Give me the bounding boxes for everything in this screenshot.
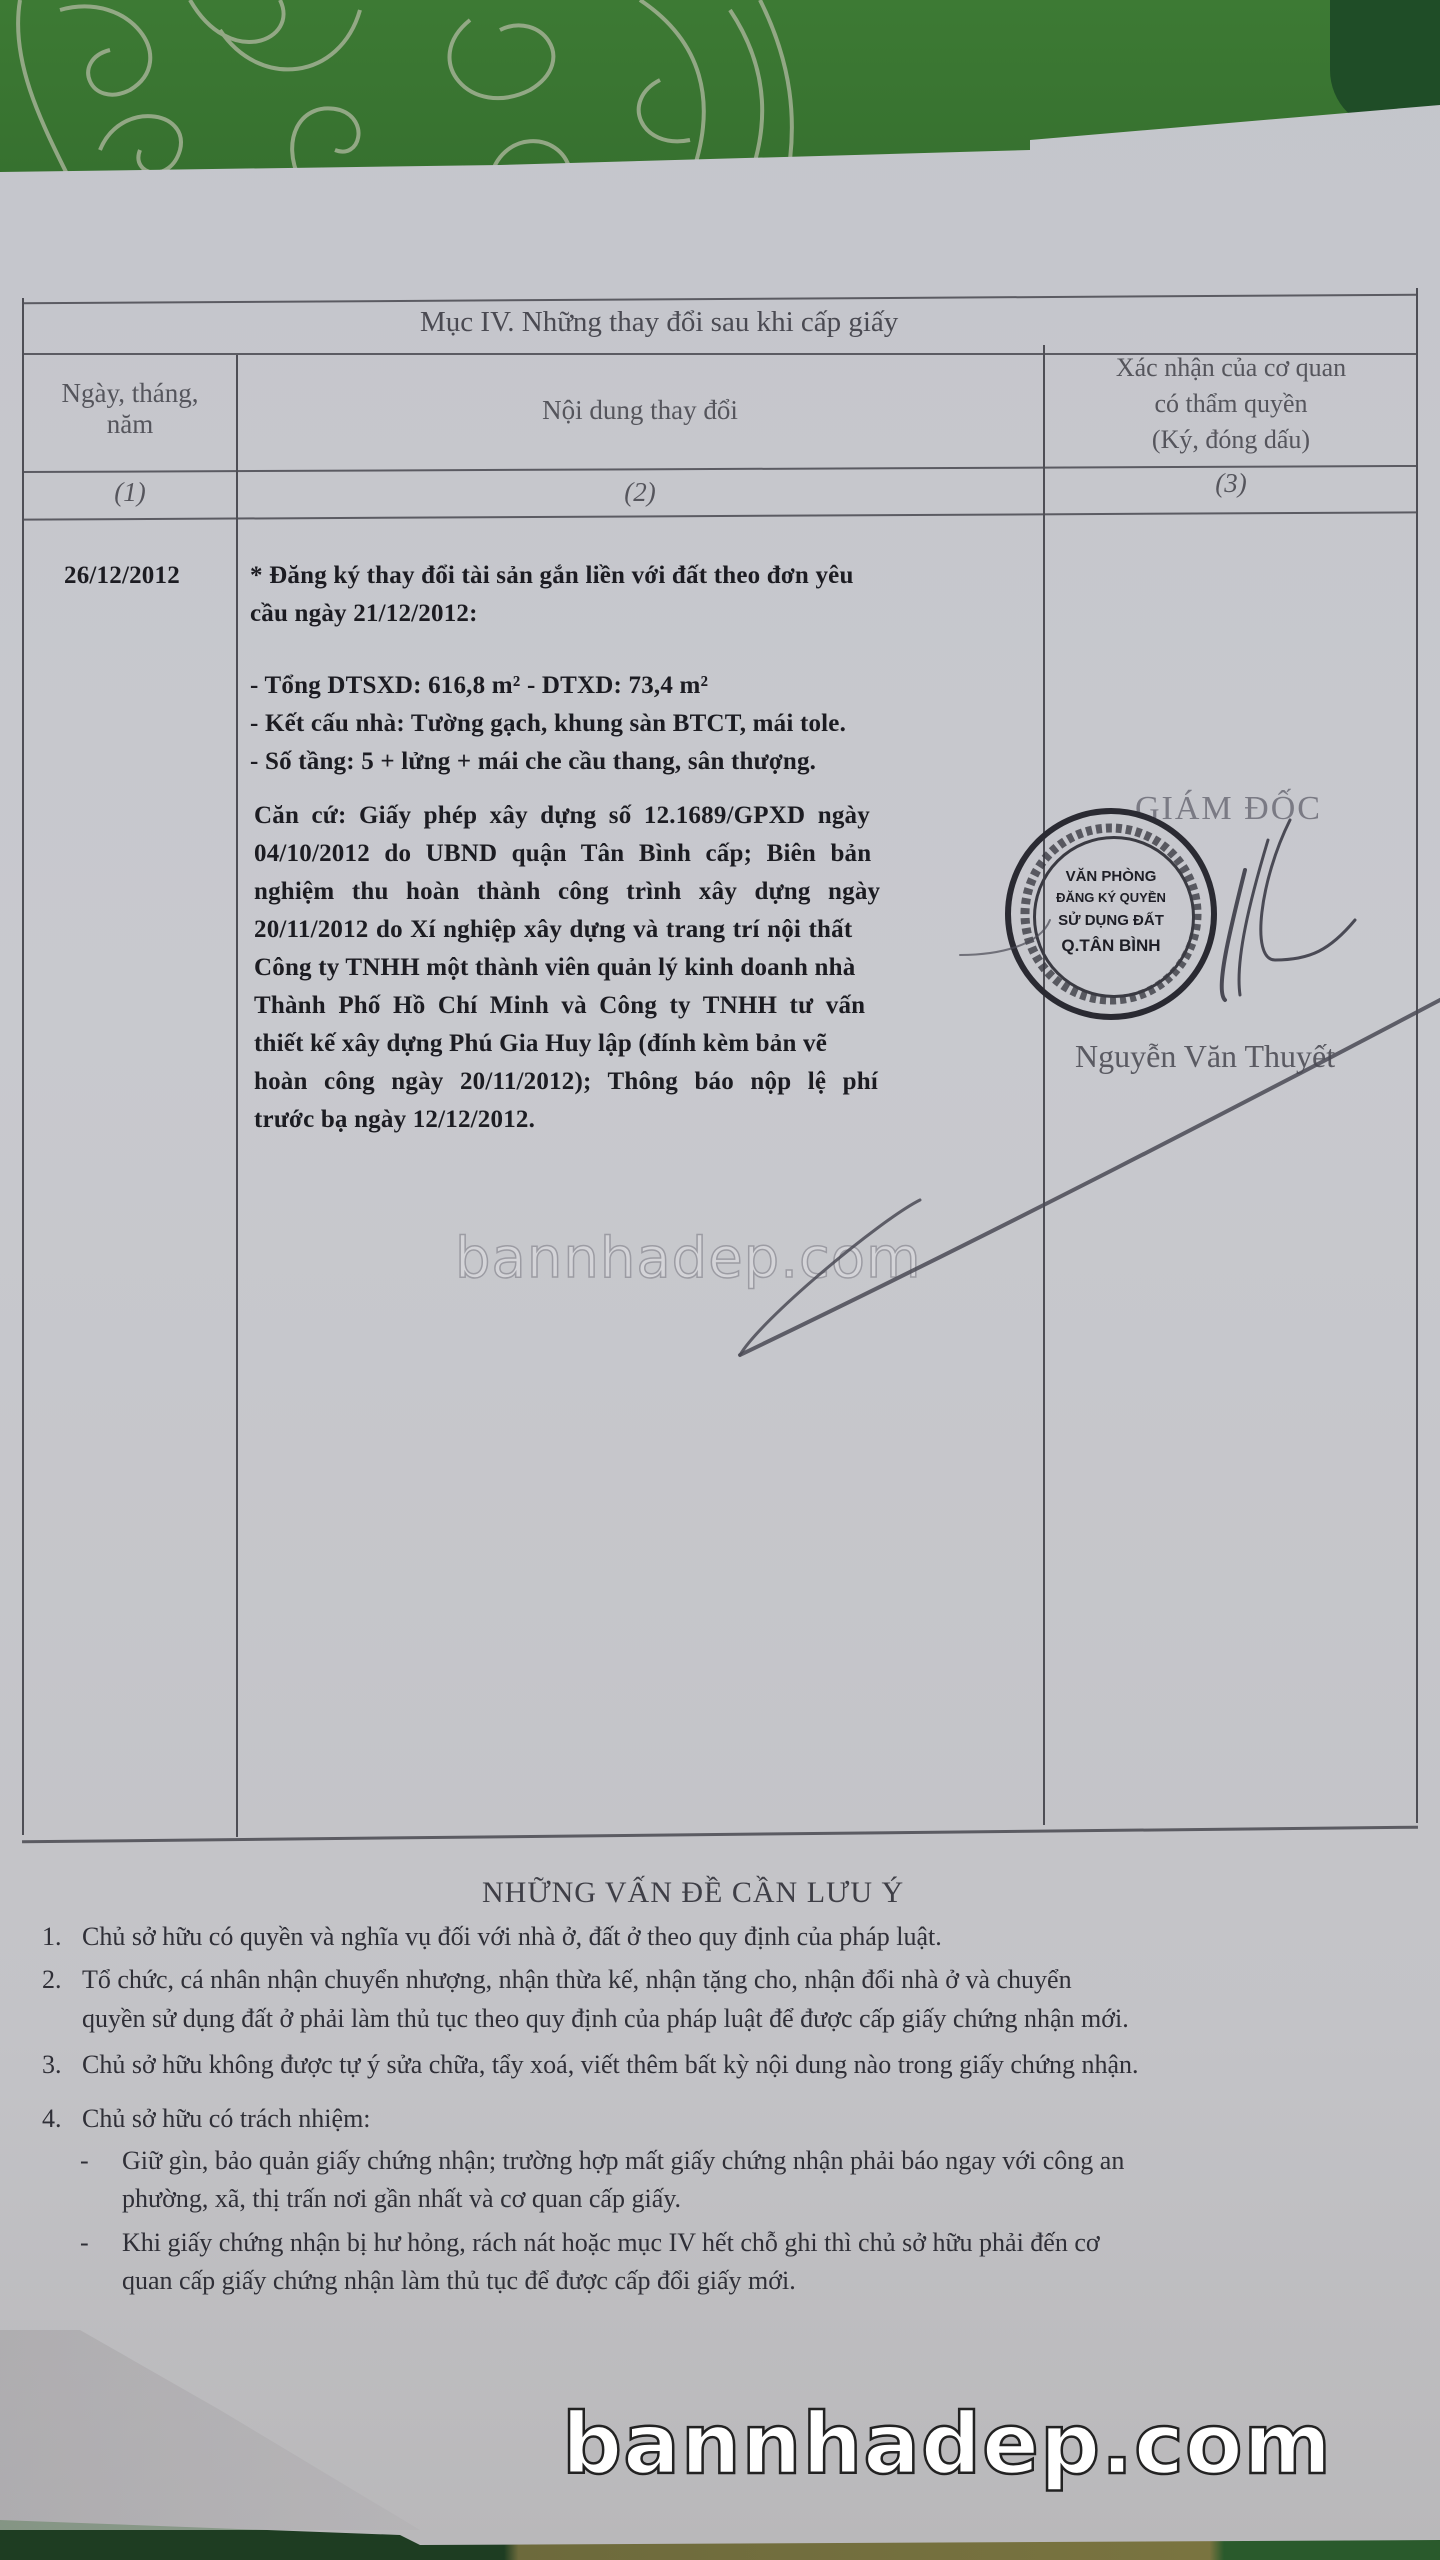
sub-note-line: quan cấp giấy chứng nhận làm thủ tục để … bbox=[122, 2266, 796, 2296]
signer-name: Nguyễn Văn Thuyết bbox=[1075, 1038, 1335, 1075]
sub-note-bullet: - bbox=[80, 2228, 89, 2258]
stamp-text: ĐĂNG KÝ QUYỀN bbox=[1011, 890, 1211, 905]
content-line: Công ty TNHH một thành viên quản lý kinh… bbox=[254, 954, 855, 982]
stamp-text: Q.TÂN BÌNH bbox=[1011, 936, 1211, 956]
stamp-text: VĂN PHÒNG bbox=[1011, 868, 1211, 885]
content-line: trước bạ ngày 12/12/2012. bbox=[254, 1106, 535, 1134]
note-line: Chủ sở hữu có trách nhiệm: bbox=[82, 2104, 371, 2134]
note-line: Chủ sở hữu có quyền và nghĩa vụ đối với … bbox=[82, 1922, 942, 1952]
column-number-3: (3) bbox=[1050, 468, 1412, 499]
header-line: năm bbox=[30, 409, 230, 440]
column-number-1: (1) bbox=[30, 477, 230, 508]
sub-note-line: phường, xã, thị trấn nơi gần nhất và cơ … bbox=[122, 2184, 681, 2214]
table-border-right bbox=[1416, 288, 1418, 1823]
column-number-2: (2) bbox=[240, 477, 1040, 508]
sub-note-line: Giữ gìn, bảo quản giấy chứng nhận; trườn… bbox=[122, 2146, 1124, 2176]
content-line: cầu ngày 21/12/2012: bbox=[250, 600, 478, 628]
entry-date: 26/12/2012 bbox=[64, 562, 180, 590]
notes-title: NHỮNG VẤN ĐỀ CẦN LƯU Ý bbox=[482, 1876, 904, 1910]
content-line: Căn cứ: Giấy phép xây dựng số 12.1689/GP… bbox=[254, 802, 870, 830]
note-number: 1. bbox=[42, 1922, 62, 1952]
note-number: 3. bbox=[42, 2050, 62, 2080]
stamp-text: SỬ DỤNG ĐẤT bbox=[1011, 912, 1211, 929]
column-header-date: Ngày, tháng, năm bbox=[30, 378, 230, 440]
header-line: Ngày, tháng, bbox=[30, 378, 230, 409]
note-number: 2. bbox=[42, 1965, 62, 1995]
content-line: Thành Phố Hồ Chí Minh và Công ty TNHH tư… bbox=[254, 992, 865, 1020]
content-line: 04/10/2012 do UBND quận Tân Bình cấp; Bi… bbox=[254, 840, 871, 868]
header-line: có thẩm quyền bbox=[1050, 386, 1412, 422]
note-line: quyền sử dụng đất ở phải làm thủ tục the… bbox=[82, 2004, 1129, 2034]
sub-note-bullet: - bbox=[80, 2146, 89, 2176]
table-column-divider bbox=[236, 355, 238, 1837]
content-line: nghiệm thu hoàn thành công trình xây dựn… bbox=[254, 878, 880, 906]
content-line: * Đăng ký thay đổi tài sản gắn liền với … bbox=[250, 562, 854, 590]
center-watermark: bannhadep.com bbox=[455, 1226, 922, 1291]
official-stamp: VĂN PHÒNG ĐĂNG KÝ QUYỀN SỬ DỤNG ĐẤT Q.TÂ… bbox=[1005, 808, 1217, 1020]
note-line: Tổ chức, cá nhân nhận chuyển nhượng, nhậ… bbox=[82, 1965, 1072, 1995]
table-border-left bbox=[22, 298, 24, 1835]
content-line: - Kết cấu nhà: Tường gạch, khung sàn BTC… bbox=[250, 710, 846, 738]
table-column-divider bbox=[1043, 345, 1045, 1825]
note-line: Chủ sở hữu không được tự ý sửa chữa, tẩy… bbox=[82, 2050, 1139, 2080]
content-line: - Tổng DTSXD: 616,8 m² - DTXD: 73,4 m² bbox=[250, 672, 708, 700]
header-line: (Ký, đóng dấu) bbox=[1050, 422, 1412, 458]
section-title: Mục IV. Những thay đổi sau khi cấp giấy bbox=[420, 306, 898, 339]
header-line: Xác nhận của cơ quan bbox=[1050, 350, 1412, 386]
note-number: 4. bbox=[42, 2104, 62, 2134]
content-line: hoàn công ngày 20/11/2012); Thông báo nộ… bbox=[254, 1068, 878, 1096]
column-header-content: Nội dung thay đổi bbox=[240, 395, 1040, 426]
content-line: 20/11/2012 do Xí nghiệp xây dựng và tran… bbox=[254, 916, 852, 944]
bottom-watermark: bannhadep.com bbox=[562, 2395, 1332, 2493]
column-header-confirmation: Xác nhận của cơ quan có thẩm quyền (Ký, … bbox=[1050, 350, 1412, 458]
content-line: - Số tầng: 5 + lửng + mái che cầu thang,… bbox=[250, 748, 816, 776]
content-line: thiết kế xây dựng Phú Gia Huy lập (đính … bbox=[254, 1030, 827, 1058]
sub-note-line: Khi giấy chứng nhận bị hư hỏng, rách nát… bbox=[122, 2228, 1100, 2258]
